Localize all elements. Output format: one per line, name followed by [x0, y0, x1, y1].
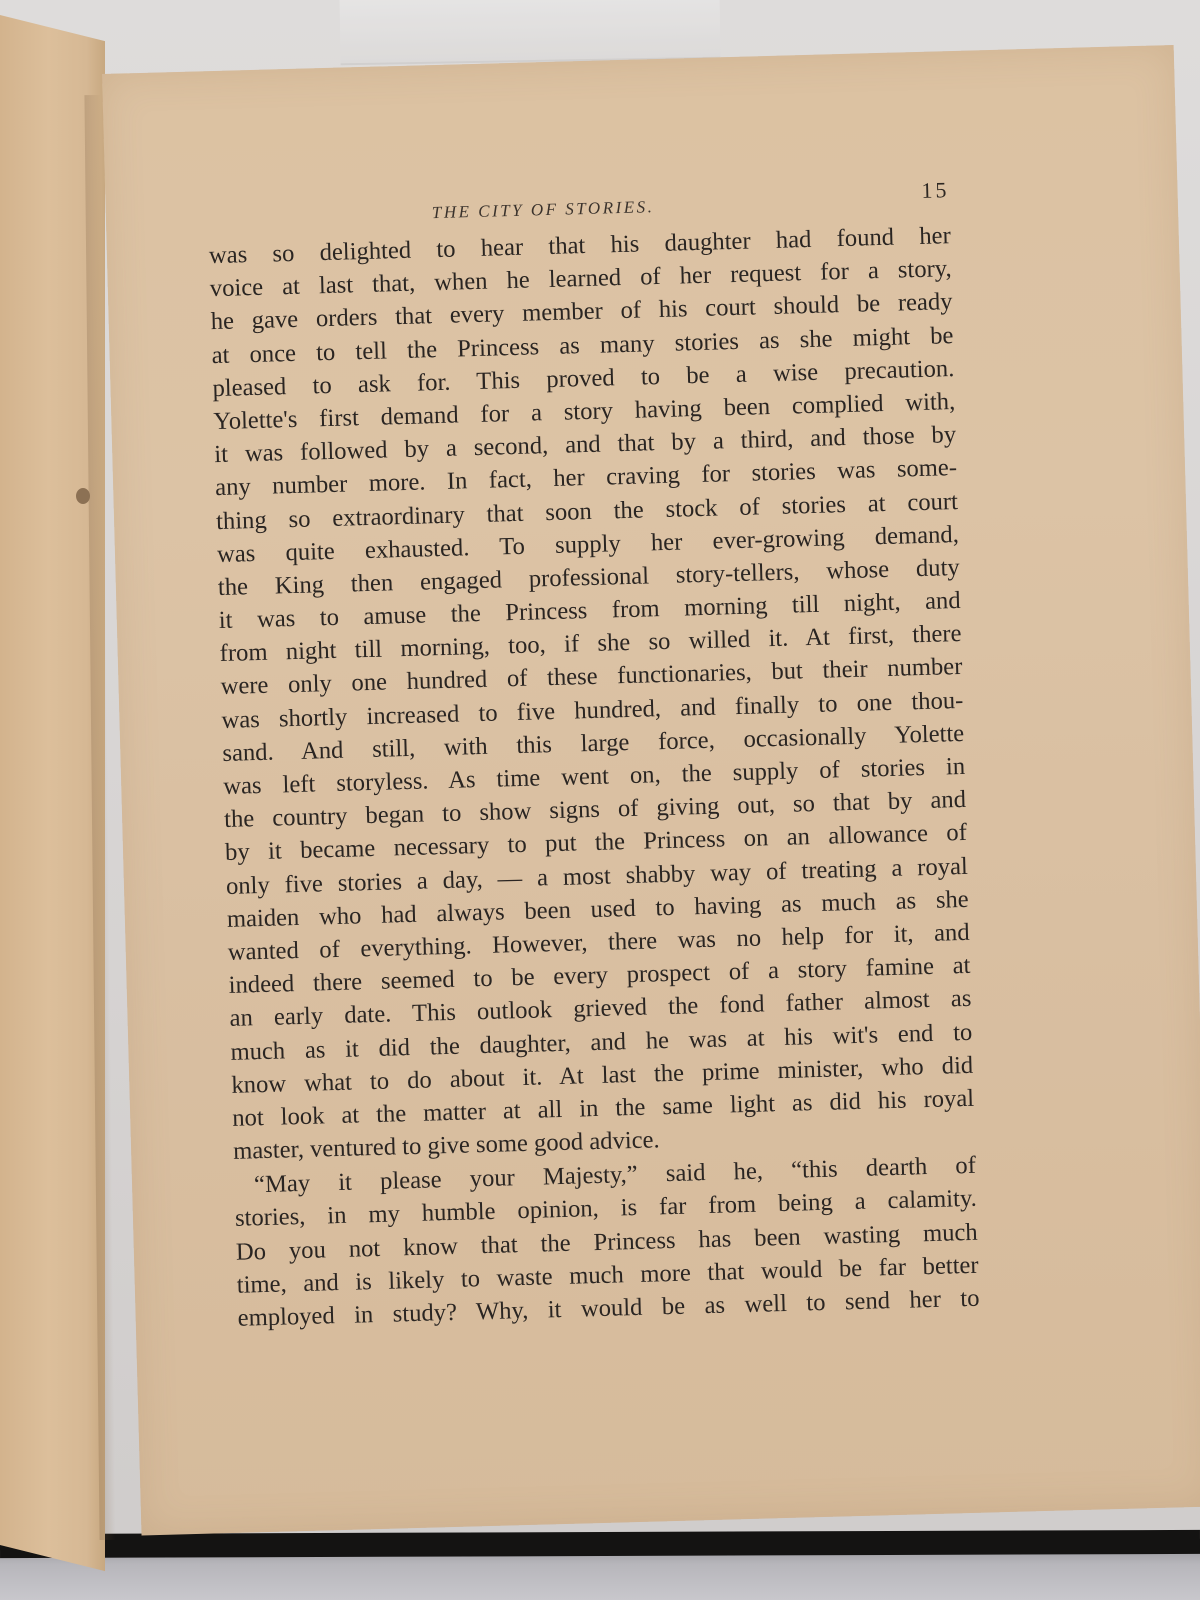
- text-block: THE CITY OF STORIES. 15 was so delighted…: [207, 179, 979, 1335]
- photo-scene: THE CITY OF STORIES. 15 was so delighted…: [0, 0, 1200, 1600]
- binding-thread-knot: [76, 488, 90, 504]
- background-object: [339, 0, 720, 65]
- page-number: 15: [921, 177, 950, 204]
- paragraph-1: was so delighted to hear that his daught…: [209, 219, 976, 1168]
- running-title: THE CITY OF STORIES.: [432, 197, 655, 223]
- body-text: was so delighted to hear that his daught…: [209, 219, 980, 1335]
- paragraph-2: “May it please your Majesty,” said he, “…: [234, 1149, 980, 1335]
- right-page: THE CITY OF STORIES. 15 was so delighted…: [102, 45, 1200, 1535]
